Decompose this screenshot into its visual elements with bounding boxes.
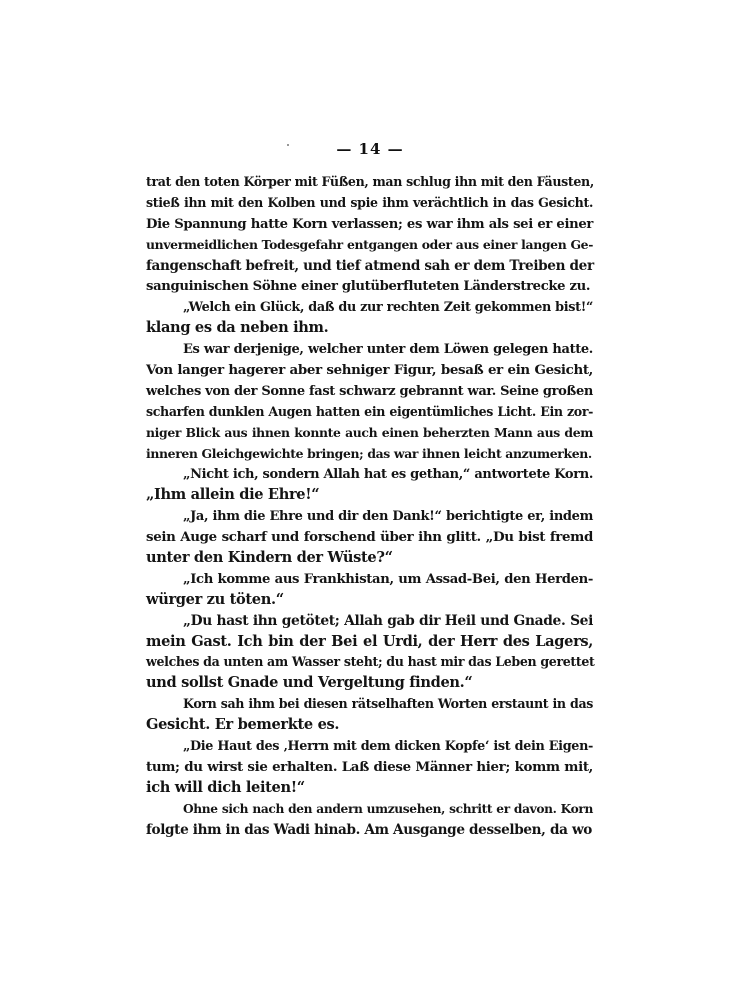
text-line: sanguinischen Söhne einer glutüberflutet…	[146, 276, 593, 297]
text-line: Korn sah ihm bei diesen rätselhaften Wor…	[146, 694, 593, 715]
text-line-content: Ohne sich nach den andern umzusehen, sch…	[183, 799, 593, 820]
text-line: mein Gast. Ich bin der Bei el Urdi, der …	[146, 632, 593, 653]
paragraph: Ohne sich nach den andern umzusehen, sch…	[146, 799, 593, 841]
text-line-content: welches von der Sonne fast schwarz gebra…	[146, 382, 593, 403]
text-line-content: tum; du wirst sie erhalten. Laß diese Mä…	[146, 757, 593, 778]
text-line-content: stieß ihn mit den Kolben und spie ihm ve…	[146, 193, 593, 214]
text-line-content: mein Gast. Ich bin der Bei el Urdi, der …	[146, 632, 593, 653]
text-line-content: welches da unten am Wasser steht; du has…	[146, 652, 593, 673]
book-page: — 14 — trat den toten Körper mit Füßen, …	[0, 0, 740, 1000]
paragraph: Es war derjenige, welcher unter dem Löwe…	[146, 339, 593, 464]
page-number: — 14 —	[0, 140, 740, 158]
text-line-content: ich will dich leiten!“	[146, 778, 305, 799]
text-line-content: Die Spannung hatte Korn verlassen; es wa…	[146, 215, 593, 236]
text-line-content: würger zu töten.“	[146, 590, 284, 611]
text-line: welches da unten am Wasser steht; du has…	[146, 652, 593, 673]
text-line: tum; du wirst sie erhalten. Laß diese Mä…	[146, 757, 593, 778]
text-line: niger Blick aus ihnen konnte auch einen …	[146, 423, 593, 444]
text-line: Gesicht. Er bemerkte es.	[146, 715, 593, 736]
text-line-content: Gesicht. Er bemerkte es.	[146, 715, 339, 736]
paragraph: „Ja, ihm die Ehre und dir den Dank!“ ber…	[146, 506, 593, 569]
text-line-content: sein Auge scharf und forschend über ihn …	[146, 527, 593, 548]
text-line: scharfen dunklen Augen hatten ein eigent…	[146, 402, 593, 423]
text-line: Ohne sich nach den andern umzusehen, sch…	[146, 799, 593, 820]
text-line: folgte ihm in das Wadi hinab. Am Ausgang…	[146, 820, 593, 841]
text-line-content: „Welch ein Glück, daß du zur rechten Zei…	[183, 298, 593, 319]
text-line: Die Spannung hatte Korn verlassen; es wa…	[146, 214, 593, 235]
paragraph: „Die Haut des ‚Herrn mit dem dicken Kopf…	[146, 736, 593, 799]
text-line: „Du hast ihn getötet; Allah gab dir Heil…	[146, 611, 593, 632]
text-line: klang es da neben ihm.	[146, 318, 593, 339]
text-line: Von langer hagerer aber sehniger Figur, …	[146, 360, 593, 381]
text-line-content: Es war derjenige, welcher unter dem Löwe…	[183, 340, 593, 361]
text-line-content: Von langer hagerer aber sehniger Figur, …	[146, 360, 593, 381]
paragraph: „Du hast ihn getötet; Allah gab dir Heil…	[146, 611, 593, 695]
text-line-content: „Ich komme aus Frankhistan, um Assad-Bei…	[183, 570, 593, 591]
paragraph: trat den toten Körper mit Füßen, man sch…	[146, 172, 593, 297]
text-line-content: unvermeidlichen Todesgefahr entgangen od…	[146, 235, 593, 256]
text-line: trat den toten Körper mit Füßen, man sch…	[146, 172, 593, 193]
text-line: und sollst Gnade und Vergeltung finden.“	[146, 673, 593, 694]
text-line: „Welch ein Glück, daß du zur rechten Zei…	[146, 297, 593, 318]
text-line: „Nicht ich, sondern Allah hat es gethan,…	[146, 464, 593, 485]
text-line-content: trat den toten Körper mit Füßen, man sch…	[146, 172, 593, 193]
text-line-content: niger Blick aus ihnen konnte auch einen …	[146, 423, 593, 444]
body-text: trat den toten Körper mit Füßen, man sch…	[146, 172, 593, 841]
text-line: „Ich komme aus Frankhistan, um Assad-Bei…	[146, 569, 593, 590]
text-line: „Die Haut des ‚Herrn mit dem dicken Kopf…	[146, 736, 593, 757]
text-line: unvermeidlichen Todesgefahr entgangen od…	[146, 235, 593, 256]
paragraph: „Nicht ich, sondern Allah hat es gethan,…	[146, 464, 593, 506]
text-line-content: klang es da neben ihm.	[146, 318, 328, 339]
text-line: unter den Kindern der Wüste?“	[146, 548, 593, 569]
text-line-content: „Die Haut des ‚Herrn mit dem dicken Kopf…	[183, 737, 593, 758]
text-line-content: „Ihm allein die Ehre!“	[146, 485, 319, 506]
text-line: inneren Gleichgewichte bringen; das war …	[146, 444, 593, 465]
text-line-content: „Du hast ihn getötet; Allah gab dir Heil…	[183, 611, 593, 632]
text-line: würger zu töten.“	[146, 590, 593, 611]
text-line-content: folgte ihm in das Wadi hinab. Am Ausgang…	[146, 820, 592, 841]
paragraph: „Welch ein Glück, daß du zur rechten Zei…	[146, 297, 593, 339]
text-line: Es war derjenige, welcher unter dem Löwe…	[146, 339, 593, 360]
text-line-content: Korn sah ihm bei diesen rätselhaften Wor…	[183, 694, 593, 715]
text-line-content: „Nicht ich, sondern Allah hat es gethan,…	[183, 465, 593, 486]
text-line-content: scharfen dunklen Augen hatten ein eigent…	[146, 402, 593, 423]
text-line-content: und sollst Gnade und Vergeltung finden.“	[146, 673, 472, 694]
paragraph: Korn sah ihm bei diesen rätselhaften Wor…	[146, 694, 593, 736]
text-line-content: fangenschaft befreit, und tief atmend sa…	[146, 256, 593, 277]
text-line-content: sanguinischen Söhne einer glutüberflutet…	[146, 277, 590, 298]
text-line: ich will dich leiten!“	[146, 778, 593, 799]
text-line: fangenschaft befreit, und tief atmend sa…	[146, 256, 593, 277]
text-line: welches von der Sonne fast schwarz gebra…	[146, 381, 593, 402]
text-line: stieß ihn mit den Kolben und spie ihm ve…	[146, 193, 593, 214]
text-line: „Ja, ihm die Ehre und dir den Dank!“ ber…	[146, 506, 593, 527]
paragraph: „Ich komme aus Frankhistan, um Assad-Bei…	[146, 569, 593, 611]
text-line: sein Auge scharf und forschend über ihn …	[146, 527, 593, 548]
text-line-content: unter den Kindern der Wüste?“	[146, 548, 393, 569]
text-line-content: inneren Gleichgewichte bringen; das war …	[146, 444, 592, 465]
text-line: „Ihm allein die Ehre!“	[146, 485, 593, 506]
text-line-content: „Ja, ihm die Ehre und dir den Dank!“ ber…	[183, 507, 593, 528]
